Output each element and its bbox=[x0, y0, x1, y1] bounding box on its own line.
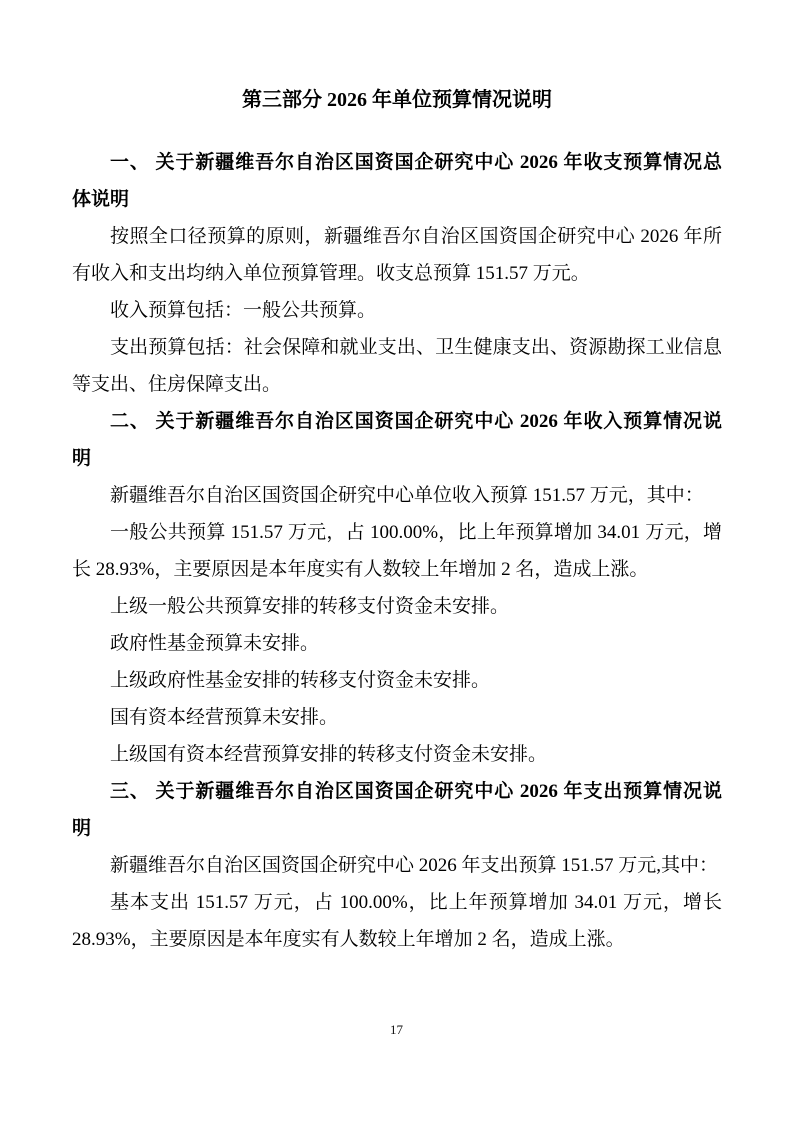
heading-line: 明 bbox=[72, 810, 722, 847]
paragraph-line: 等支出、住房保障支出。 bbox=[72, 366, 722, 403]
heading-line: 明 bbox=[72, 440, 722, 477]
paragraph: 上级国有资本经营预算安排的转移支付资金未安排。 bbox=[72, 736, 722, 773]
paragraph-line: 按照全口径预算的原则，新疆维吾尔自治区国资国企研究中心 2026 年所 bbox=[72, 218, 722, 255]
paragraph: 上级一般公共预算安排的转移支付资金未安排。 bbox=[72, 588, 722, 625]
paragraph: 支出预算包括：社会保障和就业支出、卫生健康支出、资源勘探工业信息 等支出、住房保… bbox=[72, 329, 722, 403]
paragraph: 政府性基金预算未安排。 bbox=[72, 625, 722, 662]
paragraph: 新疆维吾尔自治区国资国企研究中心 2026 年支出预算 151.57 万元,其中… bbox=[72, 847, 722, 884]
document-page: 第三部分 2026 年单位预算情况说明 一、 关于新疆维吾尔自治区国资国企研究中… bbox=[0, 0, 793, 1122]
paragraph-line: 收入预算包括：一般公共预算。 bbox=[72, 292, 722, 329]
paragraph: 国有资本经营预算未安排。 bbox=[72, 699, 722, 736]
paragraph-line: 上级国有资本经营预算安排的转移支付资金未安排。 bbox=[72, 736, 722, 773]
doc-title: 第三部分 2026 年单位预算情况说明 bbox=[72, 86, 722, 114]
paragraph: 上级政府性基金安排的转移支付资金未安排。 bbox=[72, 662, 722, 699]
paragraph-line: 支出预算包括：社会保障和就业支出、卫生健康支出、资源勘探工业信息 bbox=[72, 329, 722, 366]
paragraph-line: 上级政府性基金安排的转移支付资金未安排。 bbox=[72, 662, 722, 699]
paragraph-line: 长 28.93%，主要原因是本年度实有人数较上年增加 2 名，造成上涨。 bbox=[72, 551, 722, 588]
paragraph: 一般公共预算 151.57 万元，占 100.00%，比上年预算增加 34.01… bbox=[72, 514, 722, 588]
paragraph-line: 政府性基金预算未安排。 bbox=[72, 625, 722, 662]
paragraph: 基本支出 151.57 万元，占 100.00%，比上年预算增加 34.01 万… bbox=[72, 884, 722, 958]
paragraph-line: 28.93%，主要原因是本年度实有人数较上年增加 2 名，造成上涨。 bbox=[72, 921, 722, 958]
paragraph-line: 国有资本经营预算未安排。 bbox=[72, 699, 722, 736]
paragraph: 新疆维吾尔自治区国资国企研究中心单位收入预算 151.57 万元，其中： bbox=[72, 477, 722, 514]
paragraph-line: 新疆维吾尔自治区国资国企研究中心 2026 年支出预算 151.57 万元,其中… bbox=[72, 847, 722, 884]
heading-line: 体说明 bbox=[72, 181, 722, 218]
paragraph-line: 基本支出 151.57 万元，占 100.00%，比上年预算增加 34.01 万… bbox=[72, 884, 722, 921]
paragraph-line: 新疆维吾尔自治区国资国企研究中心单位收入预算 151.57 万元，其中： bbox=[72, 477, 722, 514]
section-3-heading: 三、 关于新疆维吾尔自治区国资国企研究中心 2026 年支出预算情况说 明 bbox=[72, 773, 722, 847]
document-content: 第三部分 2026 年单位预算情况说明 一、 关于新疆维吾尔自治区国资国企研究中… bbox=[72, 86, 722, 958]
paragraph-line: 上级一般公共预算安排的转移支付资金未安排。 bbox=[72, 588, 722, 625]
paragraph-line: 有收入和支出均纳入单位预算管理。收支总预算 151.57 万元。 bbox=[72, 255, 722, 292]
section-expenditure-budget: 三、 关于新疆维吾尔自治区国资国企研究中心 2026 年支出预算情况说 明 新疆… bbox=[72, 773, 722, 958]
section-income-budget: 二、 关于新疆维吾尔自治区国资国企研究中心 2026 年收入预算情况说 明 新疆… bbox=[72, 403, 722, 773]
section-2-heading: 二、 关于新疆维吾尔自治区国资国企研究中心 2026 年收入预算情况说 明 bbox=[72, 403, 722, 477]
section-budget-overview: 一、 关于新疆维吾尔自治区国资国企研究中心 2026 年收支预算情况总 体说明 … bbox=[72, 144, 722, 403]
heading-line: 三、 关于新疆维吾尔自治区国资国企研究中心 2026 年支出预算情况说 bbox=[72, 773, 722, 810]
section-1-heading: 一、 关于新疆维吾尔自治区国资国企研究中心 2026 年收支预算情况总 体说明 bbox=[72, 144, 722, 218]
heading-line: 一、 关于新疆维吾尔自治区国资国企研究中心 2026 年收支预算情况总 bbox=[72, 144, 722, 181]
heading-line: 二、 关于新疆维吾尔自治区国资国企研究中心 2026 年收入预算情况说 bbox=[72, 403, 722, 440]
paragraph: 收入预算包括：一般公共预算。 bbox=[72, 292, 722, 329]
paragraph-line: 一般公共预算 151.57 万元，占 100.00%，比上年预算增加 34.01… bbox=[72, 514, 722, 551]
page-number: 17 bbox=[0, 1022, 793, 1038]
paragraph: 按照全口径预算的原则，新疆维吾尔自治区国资国企研究中心 2026 年所 有收入和… bbox=[72, 218, 722, 292]
